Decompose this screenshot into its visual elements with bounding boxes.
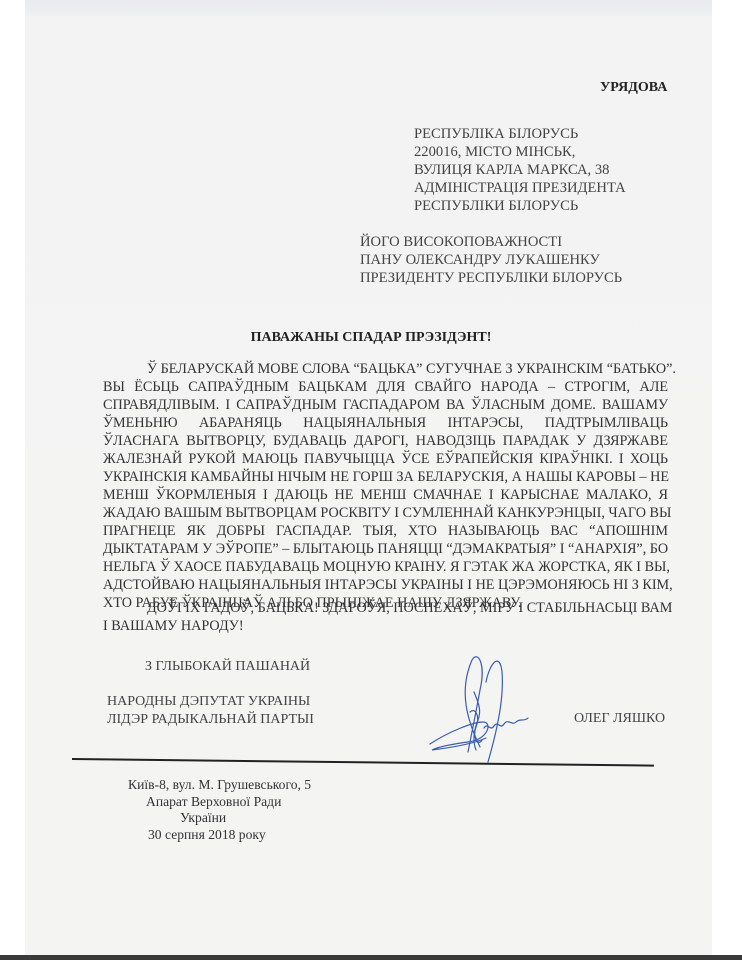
body-line: МЕНШ ЎКОРМЛЕНЫЯ І ДАЮЦЬ НЕ МЕНШ СМАЧНАЕ … — [103, 486, 668, 504]
addressee-line: ПАНУ ОЛЕКСАНДРУ ЛУКАШЕНКУ — [360, 251, 622, 269]
body-line: УКРАІНСКІЯ КАМБАЙНЫ НІЧЫМ НЕ ГОРШ ЗА БЕЛ… — [103, 468, 668, 486]
address-line: РЕСПУБЛІКА БІЛОРУСЬ — [414, 125, 626, 143]
body-line: ЎМЕНЬНЮ АБАРАНЯЦЬ НАЦЫЯНАЛЬНЫЯ ІНТАРЭСЫ,… — [103, 414, 668, 432]
letter-body: Ў БЕЛАРУСКАЙ МОВЕ СЛОВА “БАЦЬКА” СУГУЧНА… — [103, 360, 668, 612]
sender-position: НАРОДНЫ ДЭПУТАТ УКРАІНЫ ЛІДЭР РАДЫКАЛЬНА… — [107, 693, 314, 729]
addressee-block: ЙОГО ВИСОКОПОВАЖНОСТІ ПАНУ ОЛЕКСАНДРУ ЛУ… — [360, 233, 622, 287]
footer-line: Київ-8, вул. М. Грушевського, 5 — [128, 777, 311, 794]
addressee-line: ЙОГО ВИСОКОПОВАЖНОСТІ — [360, 233, 622, 251]
position-line: ЛІДЭР РАДЫКАЛЬНАЙ ПАРТЫІ — [107, 711, 314, 729]
body-line: ЎЛАСНАГА ВЫТВОРЦУ, БУДАВАЦЬ ДАРОГІ, НАВО… — [103, 432, 668, 450]
body-line: ДЫКТАТАРАМ У ЭЎРОПЕ” – БЛЫТАЮЦЬ ПАНЯЦЦІ … — [103, 540, 668, 558]
closing-line: І ВАШАМУ НАРОДУ! — [103, 617, 668, 635]
sender-name: ОЛЕГ ЛЯШКО — [574, 711, 665, 727]
position-line: НАРОДНЫ ДЭПУТАТ УКРАІНЫ — [107, 693, 314, 711]
address-line: РЕСПУБЛІКИ БІЛОРУСЬ — [414, 197, 626, 215]
body-line: ЖАДАЮ ВАШЫМ ВЫТВОРЦАМ РОСКВІТУ І СУМЛЕНН… — [103, 504, 668, 522]
body-line: ПРАГНЕЦЕ ЯК ДОБРЫ ГАСПАДАР. ТЫЯ, ХТО НАЗ… — [103, 522, 668, 540]
sender-address-footer: Київ-8, вул. М. Грушевського, 5 Апарат В… — [128, 777, 311, 843]
body-line: ВЫ ЁСЬЦЬ САПРАЎДНЫМ БАЦЬКАМ ДЛЯ СВАЙГО Н… — [103, 378, 668, 396]
recipient-address: РЕСПУБЛІКА БІЛОРУСЬ 220016, МІСТО МІНСЬК… — [414, 125, 626, 215]
body-line: Ў БЕЛАРУСКАЙ МОВЕ СЛОВА “БАЦЬКА” СУГУЧНА… — [103, 360, 668, 378]
address-line: АДМІНІСТРАЦІЯ ПРЕЗИДЕНТА — [414, 179, 626, 197]
addressee-line: ПРЕЗИДЕНТУ РЕСПУБЛІКИ БІЛОРУСЬ — [360, 269, 622, 287]
footer-line: Апарат Верховної Ради — [128, 794, 311, 811]
footer-line: 30 серпня 2018 року — [128, 827, 311, 844]
scan-bottom-edge — [0, 955, 742, 960]
closing-line: ДОЎГІХ ГАДОЎ, БАЦЬКА! ЗДАРОЎЯ, ПОСПЕХАЎ,… — [103, 599, 668, 617]
address-line: ВУЛИЦЯ КАРЛА МАРКСА, 38 — [414, 161, 626, 179]
salutation: ПАВАЖАНЫ СПАДАР ПРЭЗІДЭНТ! — [0, 330, 742, 346]
closing-wishes: ДОЎГІХ ГАДОЎ, БАЦЬКА! ЗДАРОЎЯ, ПОСПЕХАЎ,… — [103, 599, 668, 635]
signature-icon — [428, 652, 538, 764]
body-line: АДСТОЙВАЮ НАЦЫЯНАЛЬНЫЯ ІНТАРЭСЫ УКРАІНЫ … — [103, 576, 668, 594]
regards-line: З ГЛЫБОКАЙ ПАШАНАЙ — [145, 659, 310, 675]
body-line: НЕЛЬГА Ў ХАОСЕ ПАБУДАВАЦЬ МОЦНУЮ КРАІНУ.… — [103, 558, 668, 576]
body-line: СПРАВЯДЛІВЫМ. І САПРАЎДНЫМ ГАСПАДАРОМ ВА… — [103, 396, 668, 414]
address-line: 220016, МІСТО МІНСЬК, — [414, 143, 626, 161]
body-line: ЖАЛЕЗНАЙ РУКОЙ МАЮЦЬ ПАВУЧЫЦЦА ЎСЕ ЕЎРАП… — [103, 450, 668, 468]
classification-label: УРЯДОВА — [600, 80, 667, 96]
footer-line: України — [128, 810, 311, 827]
